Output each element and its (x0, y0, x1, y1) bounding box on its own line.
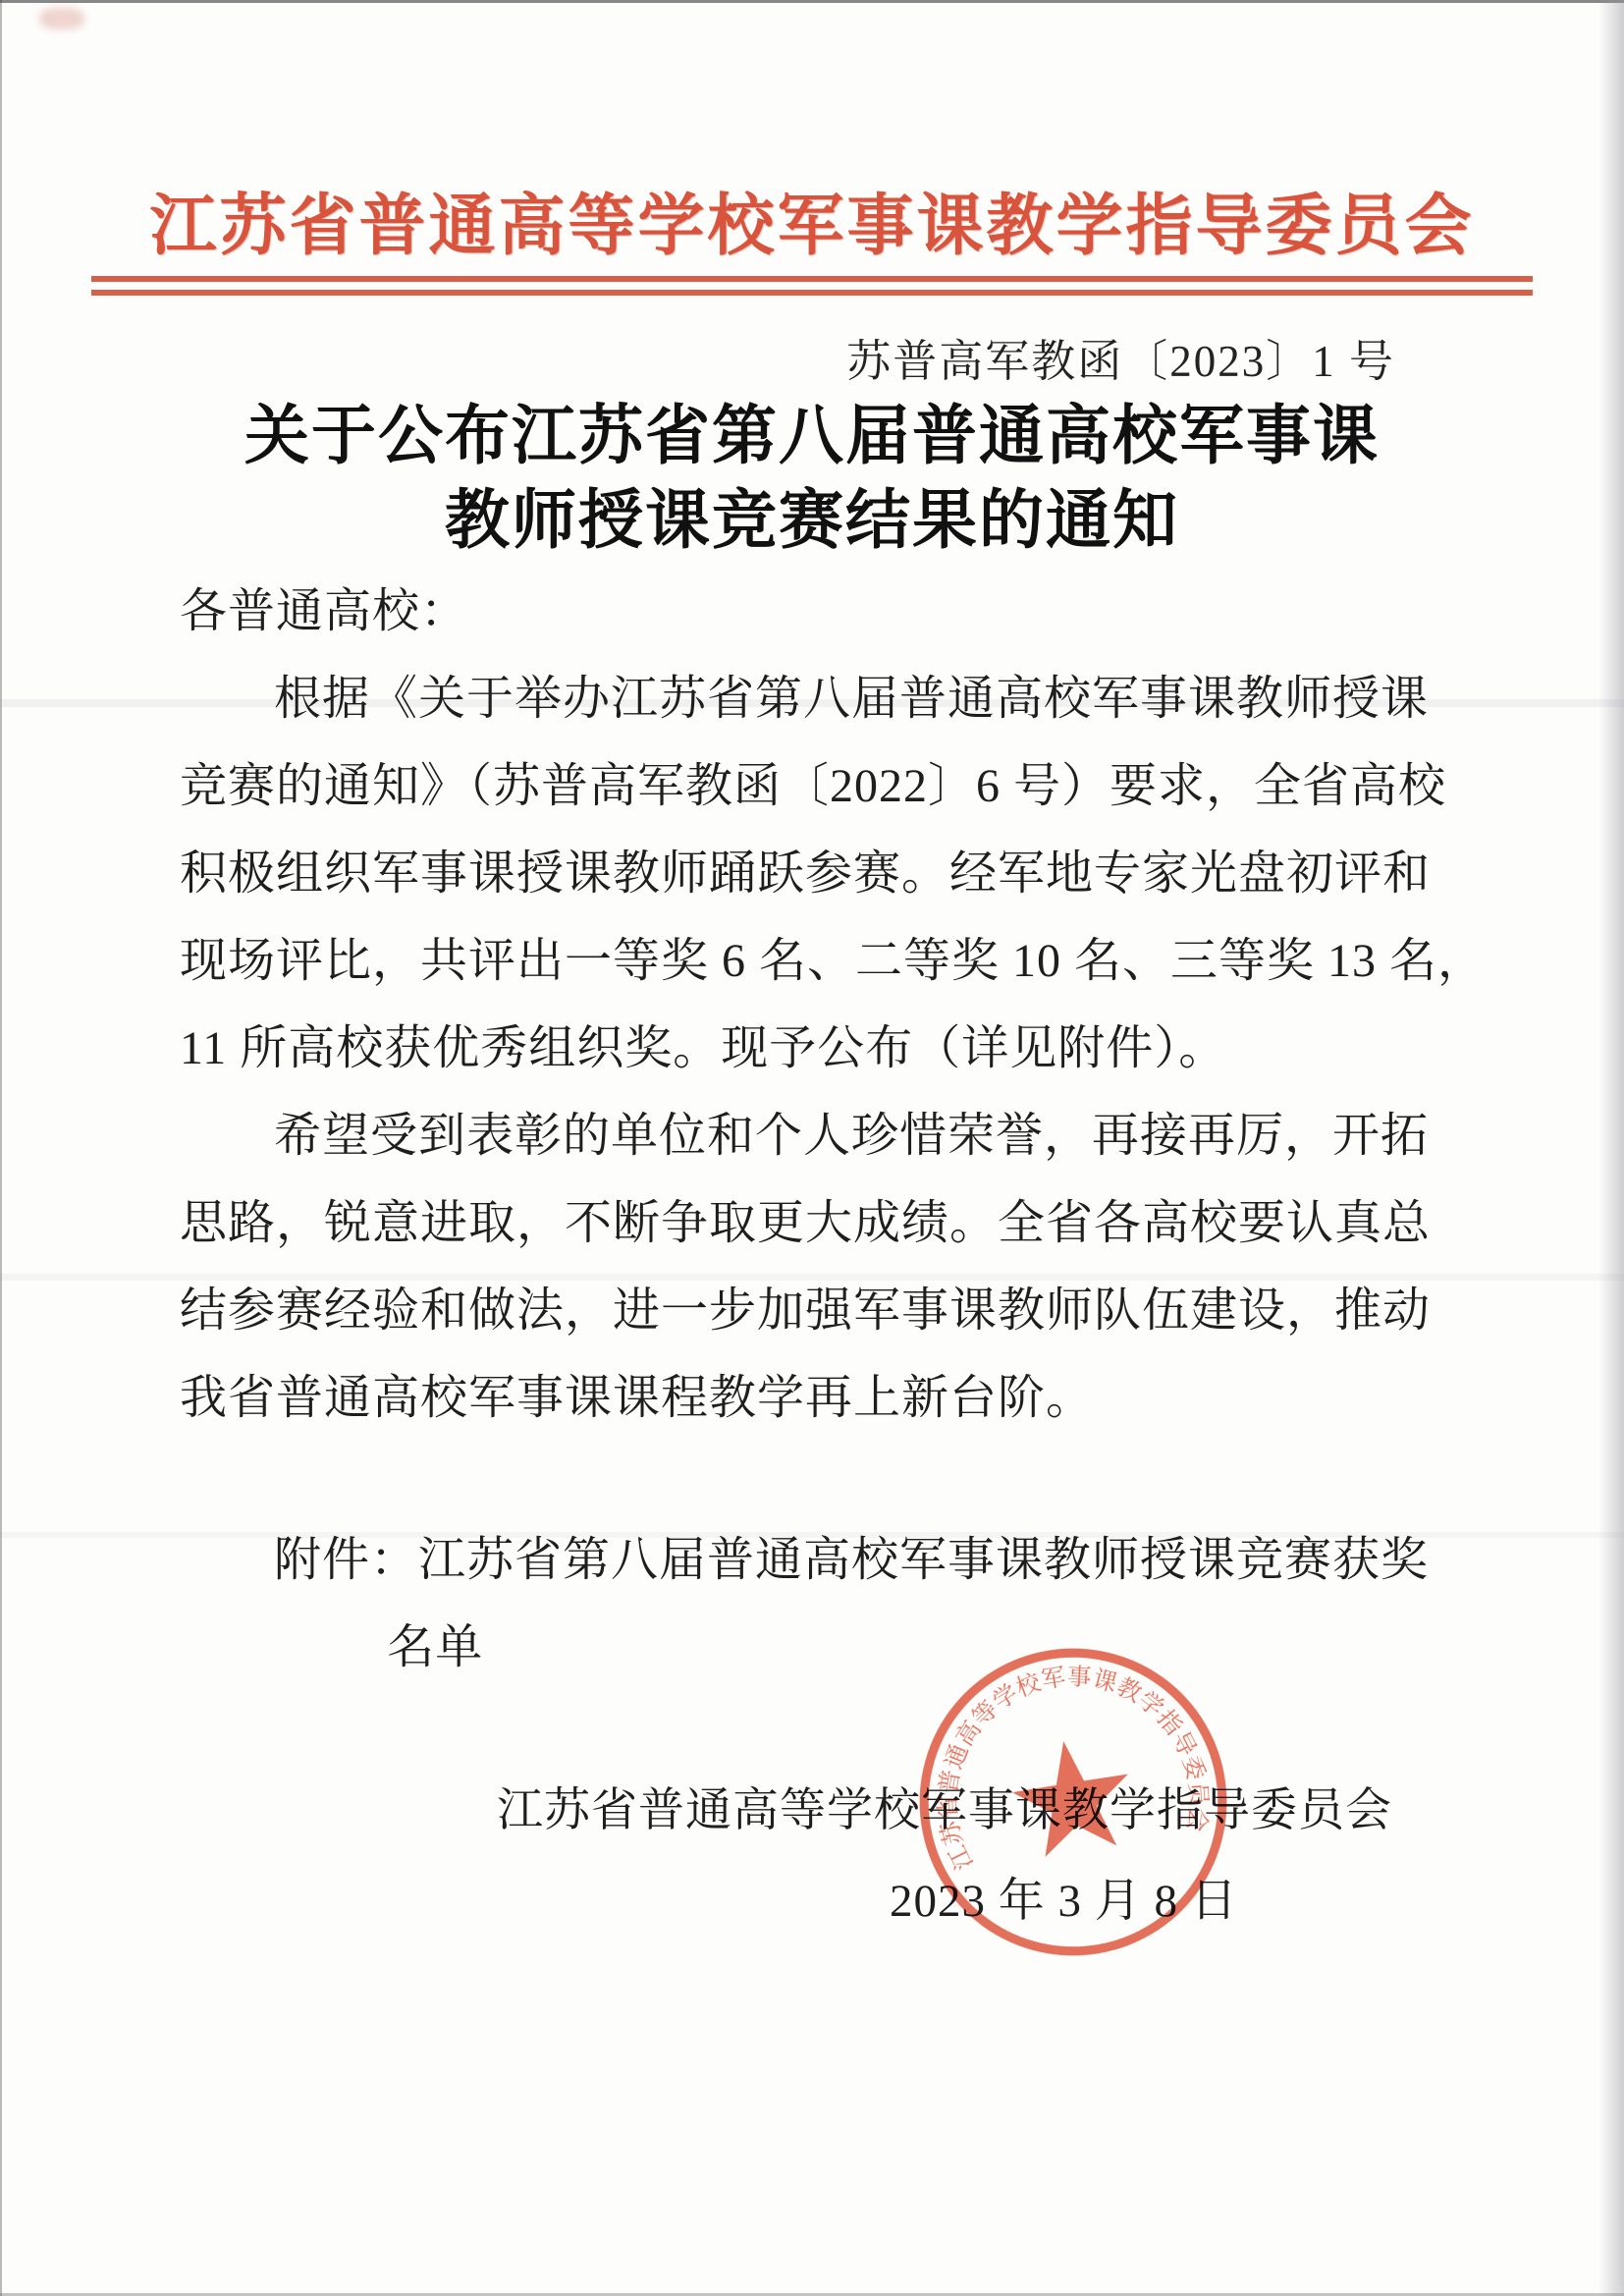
attachment-line2: 名单 (180, 1604, 1454, 1691)
body-line: 竞赛的通知》（苏普高军教函〔2022〕6 号）要求，全省高校 (180, 742, 1454, 830)
scan-edge-left (0, 0, 2, 2296)
seal-star-icon (1005, 1732, 1139, 1861)
red-divider-line-bottom (91, 290, 1533, 296)
body-line: 希望受到表彰的单位和个人珍惜荣誉，再接再厉，开拓 (180, 1092, 1454, 1179)
notice-title-line2: 教师授课竞赛结果的通知 (0, 479, 1624, 564)
scan-edge-right-shadow (1598, 0, 1624, 2296)
body-line: 我省普通高校军事课课程教学再上新台阶。 (180, 1354, 1454, 1442)
notice-body: 各普通高校： 根据《关于举办江苏省第八届普通高校军事课教师授课 竞赛的通知》（苏… (180, 568, 1454, 1691)
body-line: 思路，锐意进取，不断争取更大成绩。全省各高校要认真总 (180, 1179, 1454, 1267)
letterhead-committee-name: 江苏省普通高等学校军事课教学指导委员会 (0, 173, 1624, 268)
attachment-line1: 附件：江苏省第八届普通高校军事课教师授课竞赛获奖 (180, 1516, 1454, 1604)
scan-edge-top (0, 0, 1624, 3)
scan-ink-smudge (39, 8, 84, 29)
notice-title-line1: 关于公布江苏省第八届普通高校军事课 (0, 395, 1624, 479)
document-number: 苏普高军教函〔2023〕1 号 (846, 325, 1395, 389)
body-line: 11 所高校获优秀组织奖。现予公布（详见附件）。 (180, 1005, 1454, 1092)
salutation: 各普通高校： (180, 568, 1454, 655)
body-line: 现场评比，共评出一等奖 6 名、二等奖 10 名、三等奖 13 名， (180, 917, 1454, 1005)
notice-title: 关于公布江苏省第八届普通高校军事课 教师授课竞赛结果的通知 (0, 395, 1624, 564)
body-line: 结参赛经验和做法，进一步加强军事课教师队伍建设，推动 (180, 1267, 1454, 1354)
paragraph-gap (180, 1442, 1454, 1516)
official-notice-document: 江苏省普通高等学校军事课教学指导委员会 苏普高军教函〔2023〕1 号 关于公布… (0, 0, 1624, 2296)
body-line: 积极组织军事课授课教师踊跃参赛。经军地专家光盘初评和 (180, 830, 1454, 917)
red-divider-line-top (91, 276, 1533, 282)
official-red-seal: 江苏省普通高等学校军事课教学指导委员会 (886, 1614, 1261, 1990)
body-line: 根据《关于举办江苏省第八届普通高校军事课教师授课 (180, 655, 1454, 742)
